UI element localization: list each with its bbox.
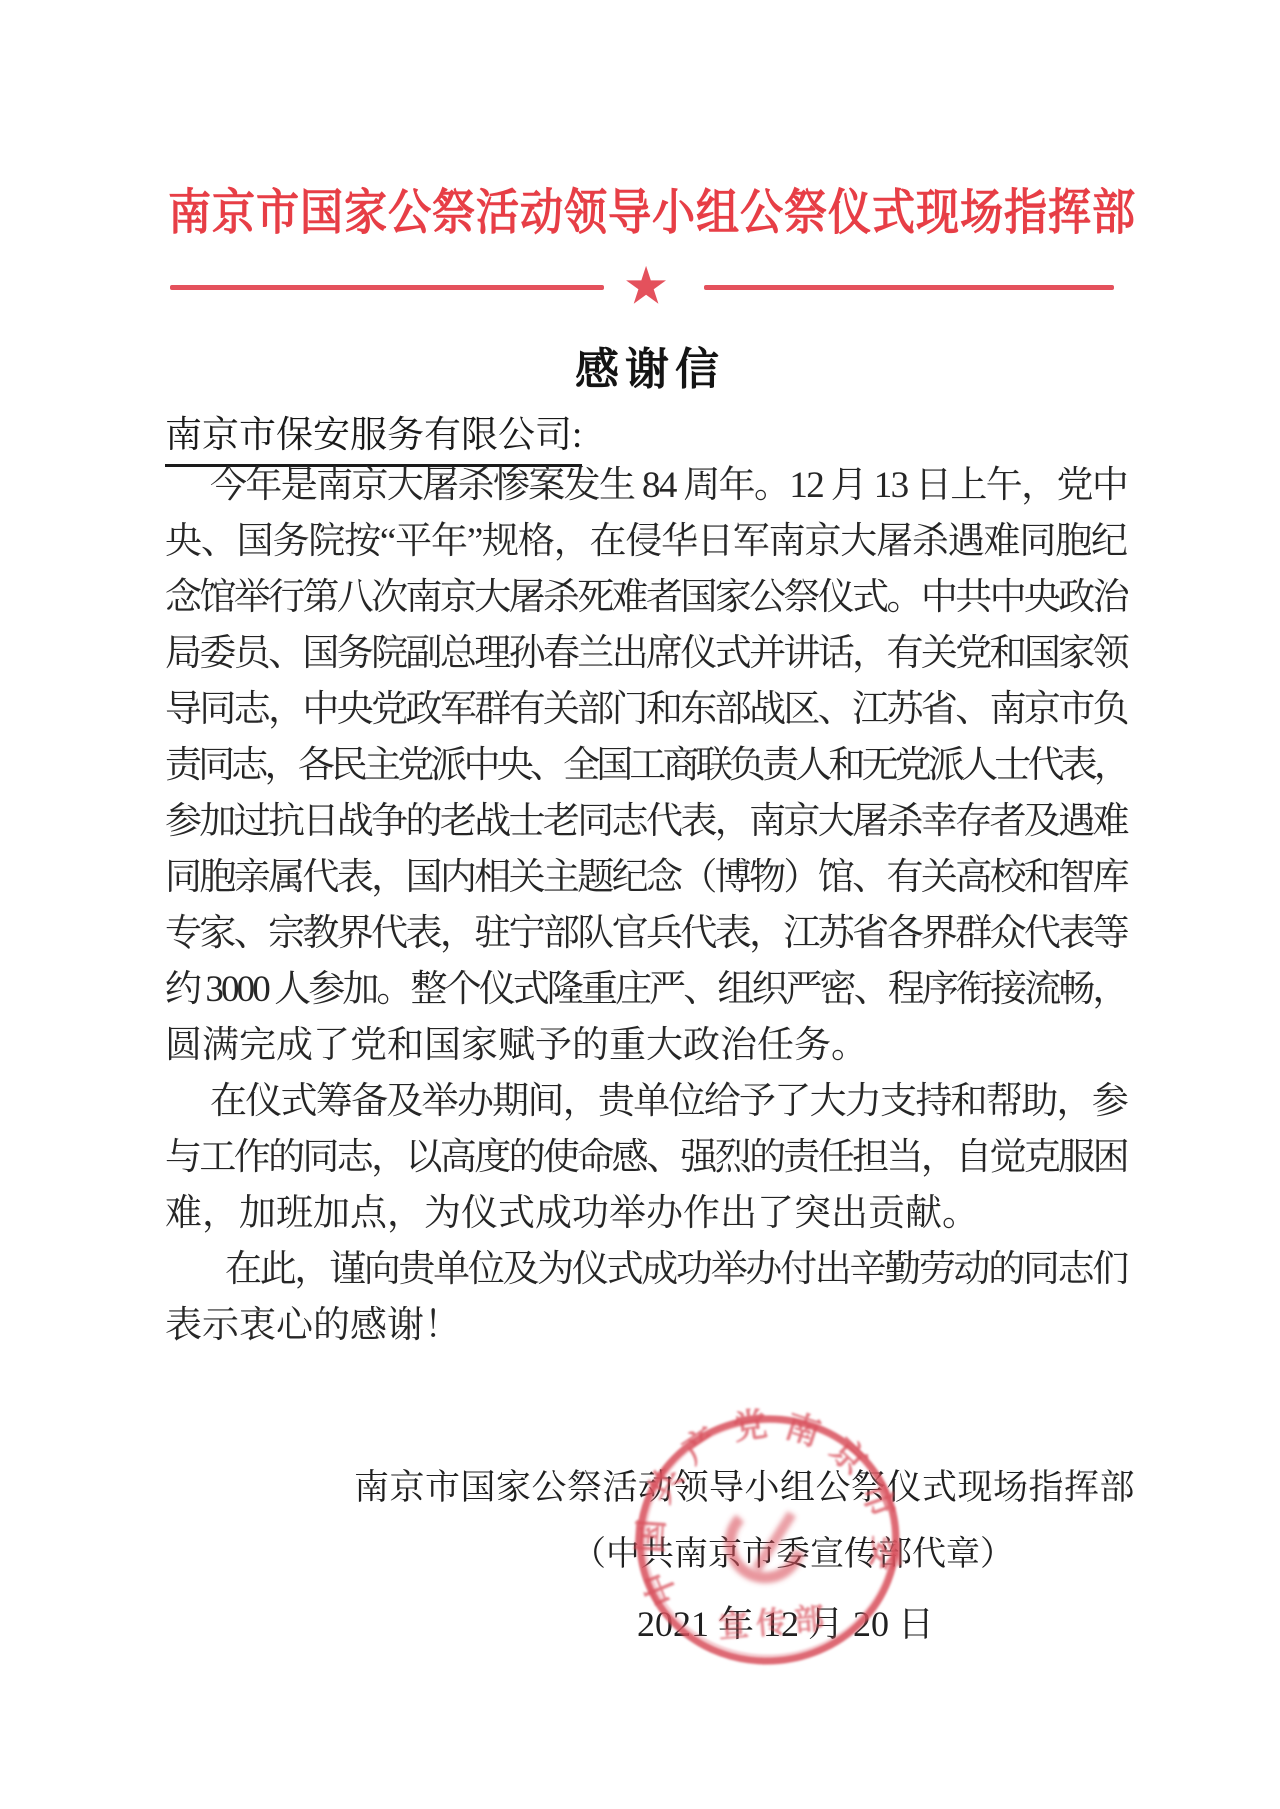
thank-you-letter-page: 南京市国家公祭活动领导小组公祭仪式现场指挥部 ★ 感谢信 南京市保安服务有限公司… [0,0,1280,1809]
body-line: 难，加班加点，为仪式成功举办作出了突出贡献。 [165,1186,1127,1242]
body-line: 与工作的同志，以高度的使命感、强烈的责任担当，自觉克服困 [165,1130,1127,1186]
body-line: 导同志，中央党政军群有关部门和东部战区、江苏省、南京市负 [165,682,1127,738]
body-line: 今年是南京大屠杀惨案发生 84 周年。12 月 13 日上午，党中 [165,458,1127,514]
body-line: 同胞亲属代表，国内相关主题纪念（博物）馆、有关高校和智库 [165,850,1127,906]
body-line: 表示衷心的感谢！ [165,1298,1127,1354]
letter-body: 今年是南京大屠杀惨案发生 84 周年。12 月 13 日上午，党中央、国务院按“… [165,458,1127,1354]
body-line: 圆满完成了党和国家赋予的重大政治任务。 [165,1018,1127,1074]
seal-bottom-text: 宣传部 [717,1602,833,1645]
letterhead-org-title-text: 南京市国家公祭活动领导小组公祭仪式现场指挥部 [168,174,1136,244]
body-line: 局委员、国务院副总理孙春兰出席仪式并讲话，有关党和国家领 [165,626,1127,682]
body-line: 在仪式筹备及举办期间，贵单位给予了大力支持和帮助，参 [165,1074,1127,1130]
divider-line-left [170,285,604,290]
body-line: 念馆举行第八次南京大屠杀死难者国家公祭仪式。中共中央政治 [165,570,1127,626]
body-line: 参加过抗日战争的老战士老同志代表，南京大屠杀幸存者及遇难 [165,794,1127,850]
seal-hammer-sickle-emblem [728,1513,801,1580]
body-line: 责同志，各民主党派中央、全国工商联负责人和无党派人士代表， [165,738,1127,794]
divider-line-right [704,285,1114,290]
official-seal-stamp: 中国共产党南京市委员会 宣传部 [605,1377,930,1702]
body-line: 专家、宗教界代表，驻宁部队官兵代表，江苏省各界群众代表等 [165,906,1127,962]
star-icon: ★ [623,260,670,312]
body-line: 央、国务院按“平年”规格，在侵华日军南京大屠杀遇难同胞纪 [165,514,1127,570]
letter-title: 感谢信 [0,333,1280,397]
letterhead-org-title: 南京市国家公祭活动领导小组公祭仪式现场指挥部 [0,174,1280,244]
body-line: 约 3000 人参加。整个仪式隆重庄严、组织严密、程序衔接流畅， [165,962,1127,1018]
body-line: 在此，谨向贵单位及为仪式成功举办付出辛勤劳动的同志们 [165,1242,1127,1298]
